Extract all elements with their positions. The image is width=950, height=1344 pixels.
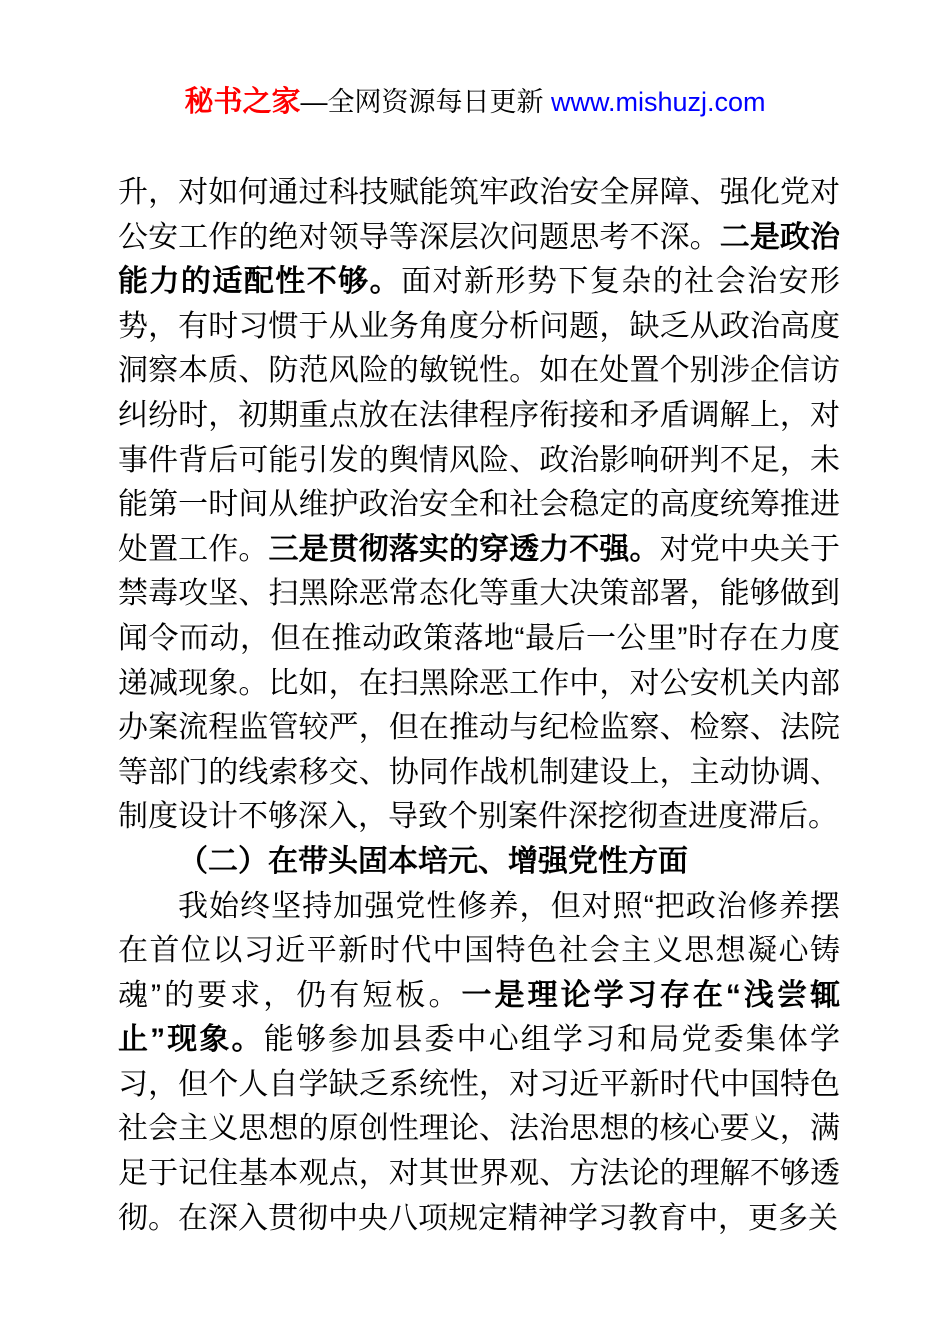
brand-text: 秘书之家 <box>184 86 300 118</box>
header-tagline: —全网资源每日更新 <box>300 87 551 117</box>
document-body: 升，对如何通过科技赋能筑牢政治安全屏障、强化党对公安工作的绝对领导等深层次问题思… <box>118 171 840 1241</box>
text-run: 对党中央关于禁毒攻坚、扫黑除恶常态化等重大决策部署，能够做到闻令而动，但在推动政… <box>118 533 840 834</box>
paragraph-political-shortcomings: 升，对如何通过科技赋能筑牢政治安全屏障、强化党对公安工作的绝对领导等深层次问题思… <box>118 171 840 840</box>
paragraph-party-spirit: 我始终坚持加强党性修养，但对照“把政治修养摆在首位以习近平新时代中国特色社会主义… <box>118 885 840 1242</box>
site-header: 秘书之家—全网资源每日更新 www.mishuzj.com <box>0 86 950 118</box>
header-url-link[interactable]: www.mishuzj.com <box>551 87 766 117</box>
document-page: 秘书之家—全网资源每日更新 www.mishuzj.com 升，对如何通过科技赋… <box>0 0 950 1344</box>
section-heading-two: （二）在带头固本培元、增强党性方面 <box>118 840 840 885</box>
text-run-bold-point-three: 三是贯彻落实的穿透力不强。 <box>268 533 659 566</box>
text-run: 面对新形势下复杂的社会治安形势，有时习惯于从业务角度分析问题，缺乏从政治高度洞察… <box>118 265 840 566</box>
